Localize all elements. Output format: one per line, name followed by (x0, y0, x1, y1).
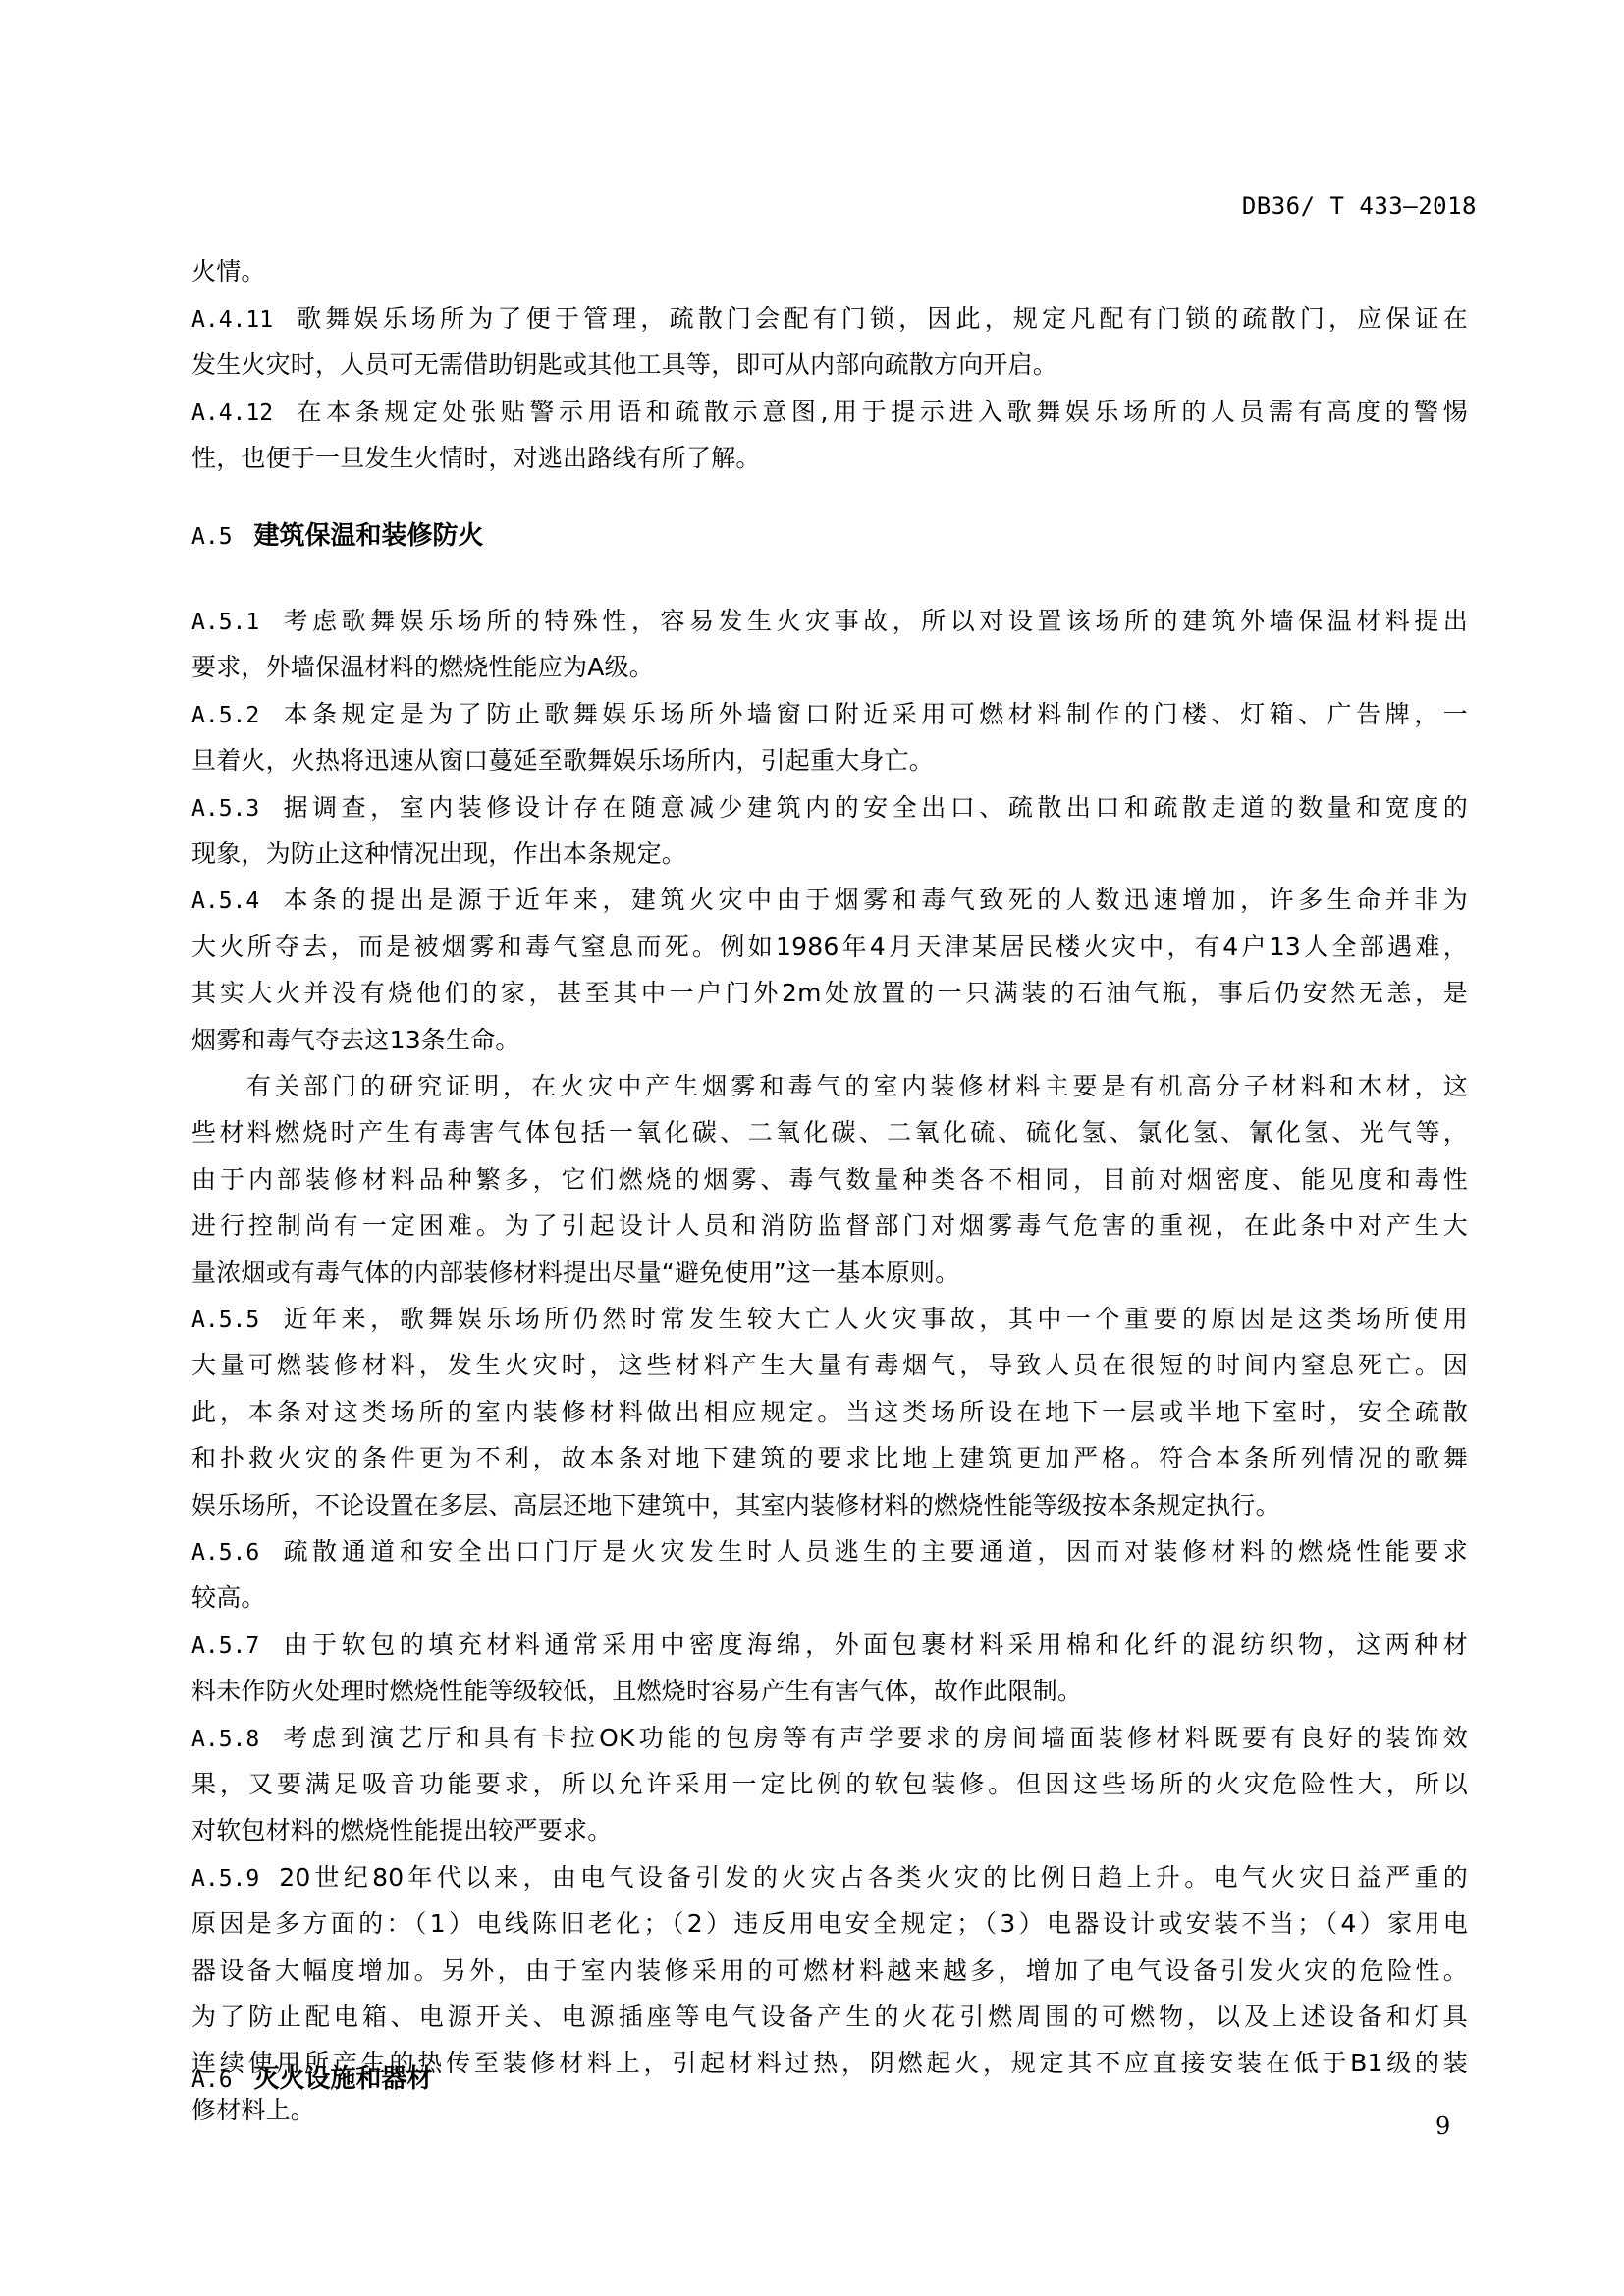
line-text: 发生火灾时，人员可无需借助钥匙或其他工具等，即可从内部向疏散方向开启。 (191, 350, 1057, 379)
clause-number: A.5.5 (191, 1308, 259, 1333)
text-line: 烟雾和毒气夺去这13条生命。 (191, 1026, 1468, 1055)
line-text: 由于内部装修材料品种繁多，它们燃烧的烟雾、毒气数量种类各不相同，目前对烟密度、能… (191, 1165, 1468, 1194)
line-text: 近年来，歌舞娱乐场所仍然时常发生较大亡人火灾事故，其中一个重要的原因是这类场所使… (279, 1305, 1468, 1333)
text-line: 和扑救火灾的条件更为不利，故本条对地下建筑的要求比地上建筑更加严格。符合本条所列… (191, 1444, 1468, 1473)
section-title: 灭火设施和器材 (254, 2064, 433, 2094)
line-text: 考虑歌舞娱乐场所的特殊性，容易发生火灾事故，所以对设置该场所的建筑外墙保温材料提… (279, 607, 1468, 635)
text-line: A.5.920世纪80年代以来，由电气设备引发的火灾占各类火灾的比例日趋上升。电… (191, 1863, 1468, 1894)
section-number: A.6 (191, 2067, 233, 2093)
text-line: 现象，为防止这种情况出现，作出本条规定。 (191, 839, 1468, 869)
clause-number: A.5.4 (191, 888, 259, 914)
line-text: 和扑救火灾的条件更为不利，故本条对地下建筑的要求比地上建筑更加严格。符合本条所列… (191, 1444, 1468, 1472)
line-text: 歌舞娱乐场所为了便于管理，疏散门会配有门锁，因此，规定凡配有门锁的疏散门，应保证… (293, 304, 1468, 333)
text-line: 原因是多方面的：（1）电线陈旧老化；（2）违反用电安全规定；（3）电器设计或安装… (191, 1909, 1468, 1939)
text-line: A.5.2本条规定是为了防止歌舞娱乐场所外墙窗口附近采用可燃材料制作的门楼、灯箱… (191, 700, 1468, 730)
section-heading-a6: A.6灭火设施和器材 (191, 2063, 433, 2096)
line-text: 烟雾和毒气夺去这13条生命。 (191, 1026, 520, 1054)
text-line: A.5.3据调查，室内装修设计存在随意减少建筑内的安全出口、疏散出口和疏散走道的… (191, 793, 1468, 824)
clause-number: A.5.3 (191, 796, 259, 822)
line-text: 现象，为防止这种情况出现，作出本条规定。 (191, 839, 686, 868)
line-text: 大火所夺去，而是被烟雾和毒气窒息而死。例如1986年4月天津某居民楼火灾中，有4… (191, 933, 1468, 961)
text-line: 果，又要满足吸音功能要求，所以允许采用一定比例的软包装修。但因这些场所的火灾危险… (191, 1770, 1468, 1799)
line-text: 器设备大幅度增加。另外，由于室内装修采用的可燃材料越来越多，增加了电气设备引发火… (191, 1956, 1468, 1985)
line-text: 疏散通道和安全出口门厅是火灾发生时人员逃生的主要通道，因而对装修材料的燃烧性能要… (279, 1537, 1468, 1566)
line-text: 本条的提出是源于近年来，建筑火灾中由于烟雾和毒气致死的人数迅速增加，许多生命并非… (279, 885, 1468, 914)
text-line: 进行控制尚有一定困难。为了引起设计人员和消防监督部门对烟雾毒气危害的重视，在此条… (191, 1211, 1468, 1241)
text-line: A.4.11歌舞娱乐场所为了便于管理，疏散门会配有门锁，因此，规定凡配有门锁的疏… (191, 304, 1468, 335)
line-text: 对软包材料的燃烧性能提出较严要求。 (191, 1816, 612, 1844)
line-text: 有关部门的研究证明，在火灾中产生烟雾和毒气的室内装修材料主要是有机高分子材料和木… (246, 1072, 1468, 1100)
text-line: 旦着火，火热将迅速从窗口蔓延至歌舞娱乐场所内，引起重大身亡。 (191, 746, 1468, 775)
line-text: 量浓烟或有毒气体的内部装修材料提出尽量“避免使用”这一基本原则。 (191, 1258, 959, 1287)
line-text: 修材料上。 (191, 2096, 315, 2124)
document-code-header: DB36/ T 433—2018 (1242, 192, 1477, 220)
line-text: 考虑到演艺厅和具有卡拉OK功能的包房等有声学要求的房间墙面装修材料既要有良好的装… (279, 1724, 1468, 1752)
line-text: 些材料燃烧时产生有毒害气体包括一氧化碳、二氧化碳、二氧化硫、硫化氢、氯化氢、氰化… (191, 1118, 1468, 1147)
text-line: 性，也便于一旦发生火情时，对逃出路线有所了解。 (191, 444, 1468, 473)
section-heading-a5: A.5建筑保温和装修防火 (191, 520, 484, 553)
line-text: 娱乐场所，不论设置在多层、高层还地下建筑中，其室内装修材料的燃烧性能等级按本条规… (191, 1491, 1280, 1520)
line-text: 火情。 (191, 257, 266, 286)
line-text: 性，也便于一旦发生火情时，对逃出路线有所了解。 (191, 444, 761, 472)
line-text: 为了防止配电箱、电源开关、电源插座等电气设备产生的火花引燃周围的可燃物，以及上述… (191, 2002, 1468, 2031)
text-line: A.5.5近年来，歌舞娱乐场所仍然时常发生较大亡人火灾事故，其中一个重要的原因是… (191, 1305, 1468, 1335)
line-text: 由于软包的填充材料通常采用中密度海绵，外面包裹材料采用棉和化纤的混纺织物，这两种… (279, 1630, 1468, 1659)
text-line: 此，本条对这类场所的室内装修材料做出相应规定。当这类场所设在地下一层或半地下室时… (191, 1398, 1468, 1427)
clause-number: A.5.1 (191, 610, 259, 635)
text-line: A.5.8考虑到演艺厅和具有卡拉OK功能的包房等有声学要求的房间墙面装修材料既要… (191, 1724, 1468, 1754)
text-line: 些材料燃烧时产生有毒害气体包括一氧化碳、二氧化碳、二氧化硫、硫化氢、氯化氢、氰化… (191, 1118, 1468, 1148)
text-line: 料未作防火处理时燃烧性能等级较低，且燃烧时容易产生有害气体，故作此限制。 (191, 1677, 1468, 1706)
line-text: 在本条规定处张贴警示用语和疏散示意图,用于提示进入歌舞娱乐场所的人员需有高度的警… (293, 398, 1468, 426)
clause-number: A.5.2 (191, 703, 259, 728)
clause-number: A.5.8 (191, 1727, 259, 1752)
line-text: 原因是多方面的：（1）电线陈旧老化；（2）违反用电安全规定；（3）电器设计或安装… (191, 1909, 1468, 1938)
line-text: 本条规定是为了防止歌舞娱乐场所外墙窗口附近采用可燃材料制作的门楼、灯箱、广告牌，… (279, 700, 1468, 728)
page-number: 9 (1435, 2112, 1450, 2140)
document-page: DB36/ T 433—2018 火情。A.4.11歌舞娱乐场所为了便于管理，疏… (0, 0, 1624, 2296)
text-line: 对软包材料的燃烧性能提出较严要求。 (191, 1816, 1468, 1845)
text-line: A.5.7由于软包的填充材料通常采用中密度海绵，外面包裹材料采用棉和化纤的混纺织… (191, 1630, 1468, 1661)
text-line: 大量可燃装修材料，发生火灾时，这些材料产生大量有毒烟气，导致人员在很短的时间内窒… (191, 1351, 1468, 1380)
clause-number: A.5.7 (191, 1633, 259, 1659)
text-line: 大火所夺去，而是被烟雾和毒气窒息而死。例如1986年4月天津某居民楼火灾中，有4… (191, 933, 1468, 962)
line-text: 果，又要满足吸音功能要求，所以允许采用一定比例的软包装修。但因这些场所的火灾危险… (191, 1770, 1468, 1798)
line-text: 料未作防火处理时燃烧性能等级较低，且燃烧时容易产生有害气体，故作此限制。 (191, 1677, 1082, 1705)
text-line: A.5.4本条的提出是源于近年来，建筑火灾中由于烟雾和毒气致死的人数迅速增加，许… (191, 885, 1468, 916)
text-line: 要求，外墙保温材料的燃烧性能应为A级。 (191, 653, 1468, 682)
line-text: 大量可燃装修材料，发生火灾时，这些材料产生大量有毒烟气，导致人员在很短的时间内窒… (191, 1351, 1468, 1379)
text-line: 有关部门的研究证明，在火灾中产生烟雾和毒气的室内装修材料主要是有机高分子材料和木… (191, 1072, 1468, 1101)
text-line: 发生火灾时，人员可无需借助钥匙或其他工具等，即可从内部向疏散方向开启。 (191, 350, 1468, 380)
line-text: 其实大火并没有烧他们的家，甚至其中一户门外2m处放置的一只满装的石油气瓶，事后仍… (191, 979, 1468, 1007)
line-text: 旦着火，火热将迅速从窗口蔓延至歌舞娱乐场所内，引起重大身亡。 (191, 746, 934, 774)
clause-number: A.5.9 (191, 1866, 259, 1892)
text-line: 其实大火并没有烧他们的家，甚至其中一户门外2m处放置的一只满装的石油气瓶，事后仍… (191, 979, 1468, 1008)
text-line: 由于内部装修材料品种繁多，它们燃烧的烟雾、毒气数量种类各不相同，目前对烟密度、能… (191, 1165, 1468, 1195)
line-text: 此，本条对这类场所的室内装修材料做出相应规定。当这类场所设在地下一层或半地下室时… (191, 1398, 1468, 1426)
line-text: 要求，外墙保温材料的燃烧性能应为A级。 (191, 653, 654, 681)
text-line: 器设备大幅度增加。另外，由于室内装修采用的可燃材料越来越多，增加了电气设备引发火… (191, 1956, 1468, 1986)
line-text: 据调查，室内装修设计存在随意减少建筑内的安全出口、疏散出口和疏散走道的数量和宽度… (279, 793, 1468, 822)
text-line: 较高。 (191, 1583, 1468, 1613)
text-line: 修材料上。 (191, 2096, 1468, 2125)
text-line: 量浓烟或有毒气体的内部装修材料提出尽量“避免使用”这一基本原则。 (191, 1258, 1468, 1288)
clause-number: A.5.6 (191, 1540, 259, 1566)
line-text: 20世纪80年代以来，由电气设备引发的火灾占各类火灾的比例日趋上升。电气火灾日益… (279, 1863, 1468, 1892)
section-title: 建筑保温和装修防火 (254, 521, 484, 551)
line-text: 较高。 (191, 1583, 266, 1612)
text-line: 娱乐场所，不论设置在多层、高层还地下建筑中，其室内装修材料的燃烧性能等级按本条规… (191, 1491, 1468, 1521)
text-line: 火情。 (191, 257, 1468, 287)
text-line: A.5.1考虑歌舞娱乐场所的特殊性，容易发生火灾事故，所以对设置该场所的建筑外墙… (191, 607, 1468, 637)
text-line: A.5.6疏散通道和安全出口门厅是火灾发生时人员逃生的主要通道，因而对装修材料的… (191, 1537, 1468, 1568)
clause-number: A.4.11 (191, 307, 273, 333)
text-line: A.4.12在本条规定处张贴警示用语和疏散示意图,用于提示进入歌舞娱乐场所的人员… (191, 398, 1468, 428)
text-line: 为了防止配电箱、电源开关、电源插座等电气设备产生的火花引燃周围的可燃物，以及上述… (191, 2002, 1468, 2032)
clause-number: A.4.12 (191, 400, 273, 426)
section-number: A.5 (191, 524, 233, 550)
line-text: 进行控制尚有一定困难。为了引起设计人员和消防监督部门对烟雾毒气危害的重视，在此条… (191, 1211, 1468, 1240)
